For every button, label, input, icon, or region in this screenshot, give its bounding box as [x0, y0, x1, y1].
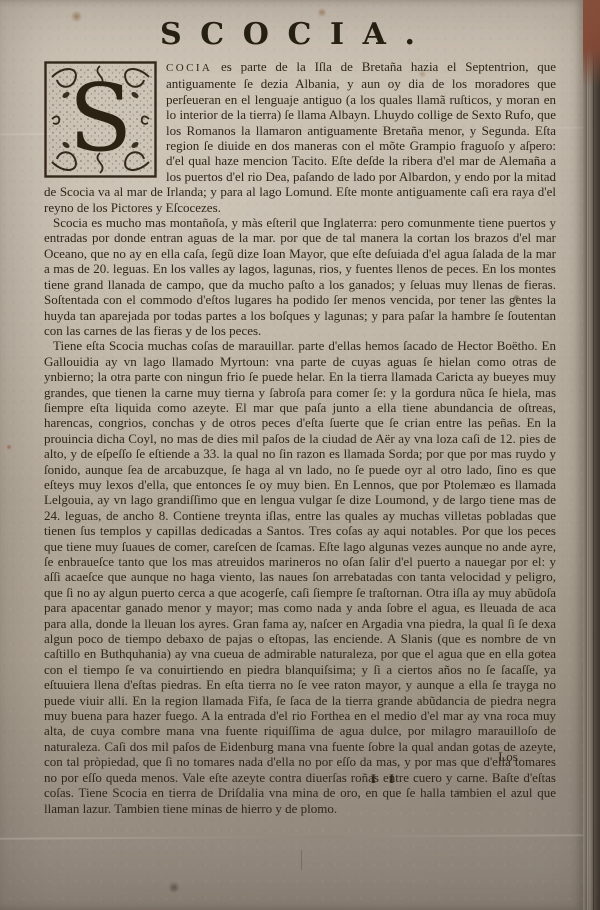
paragraph-text: Scocia es mucho mas montañoſa, y màs eſt…	[44, 215, 556, 338]
table-backdrop-corner	[583, 0, 600, 88]
paragraph-text: Tiene eſta Scocia muchas coſas de maraui…	[44, 338, 556, 815]
lead-small-caps: COCIA	[166, 62, 212, 74]
stain	[168, 882, 180, 893]
stain	[317, 8, 327, 17]
paper-crease	[0, 834, 583, 840]
stain	[6, 444, 12, 450]
paragraph: Tiene eſta Scocia muchas coſas de maraui…	[44, 338, 556, 816]
text-column: S COCIA es parte de la Iſla de Bretaña h…	[44, 59, 556, 816]
drop-cap-woodcut-icon: S	[44, 61, 157, 178]
signature-mark: I I	[345, 771, 425, 787]
ink-mark	[301, 850, 302, 870]
catchword: Los	[458, 749, 558, 765]
page-stack-edge	[581, 0, 600, 910]
page-title: SCOCIA.	[0, 17, 575, 52]
paragraph: S COCIA es parte de la Iſla de Bretaña h…	[44, 59, 556, 215]
drop-cap: S	[44, 61, 157, 178]
paragraph: Scocia es mucho mas montañoſa, y màs eſt…	[44, 215, 556, 338]
book-page: SCOCIA.	[0, 0, 583, 910]
book-photograph: SCOCIA.	[0, 0, 600, 910]
drop-cap-initial: S	[69, 64, 133, 172]
